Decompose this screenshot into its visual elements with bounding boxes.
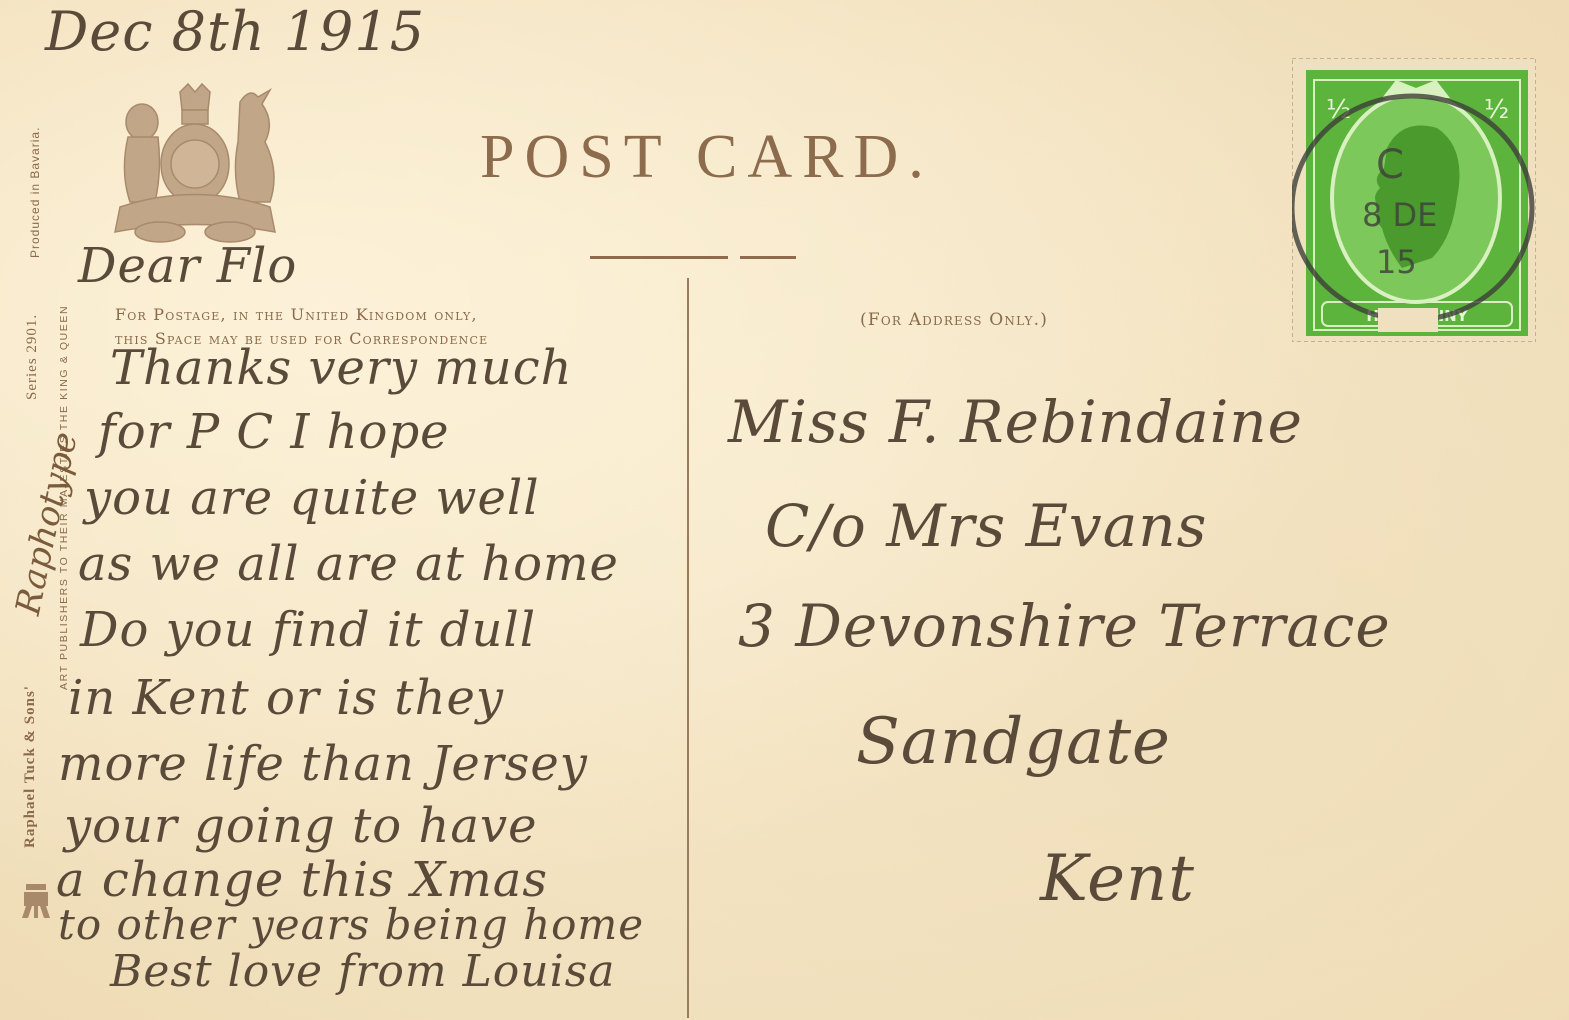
message-line: for P C I hope	[98, 404, 450, 460]
handwritten-date: Dec 8th 1915	[45, 0, 425, 63]
message-line: to other years being home	[58, 900, 644, 949]
address-line-county: Kent	[1040, 842, 1195, 916]
tuck-easel-logo-icon	[20, 880, 52, 920]
address-line-name: Miss F. Rebindaine	[728, 388, 1303, 456]
message-line: as we all are at home	[78, 536, 619, 592]
message-line: in Kent or is they	[68, 670, 504, 726]
half-penny-stamp-icon: ½ ½ HALFPENNY C 8 DE 15	[1292, 58, 1536, 342]
svg-text:8 DE: 8 DE	[1362, 196, 1437, 234]
message-greeting: Dear Flo	[78, 238, 297, 294]
address-line-care-of: C/o Mrs Evans	[765, 492, 1207, 560]
publisher-name: Raphael Tuck & Sons'	[22, 685, 39, 848]
postcard-title: POST CARD.	[480, 122, 934, 193]
series-number: Series 2901.	[24, 314, 41, 400]
royal-coat-of-arms-icon	[100, 82, 290, 252]
produced-in-label: Produced in Bavaria.	[28, 127, 42, 258]
title-rule-left	[590, 256, 728, 259]
message-line: your going to have	[64, 798, 538, 854]
address-line-town: Sandgate	[856, 705, 1171, 779]
raphotype-signature: Raphotype	[8, 429, 86, 619]
address-line-street: 3 Devonshire Terrace	[738, 592, 1391, 660]
message-line: more life than Jersey	[58, 736, 588, 792]
svg-text:C: C	[1376, 142, 1404, 188]
svg-text:15: 15	[1376, 243, 1417, 281]
message-line: you are quite well	[84, 470, 540, 526]
message-line: Thanks very much	[110, 340, 573, 396]
message-signoff: Best love from Louisa	[110, 946, 616, 997]
postcard: Dec 8th 1915 Produced in Bavaria. Series…	[0, 0, 1569, 1020]
address-only-note: (For Address Only.)	[860, 310, 1048, 330]
title-rule-right	[740, 256, 796, 259]
message-line: Do you find it dull	[80, 602, 536, 658]
center-divider	[687, 278, 689, 1018]
